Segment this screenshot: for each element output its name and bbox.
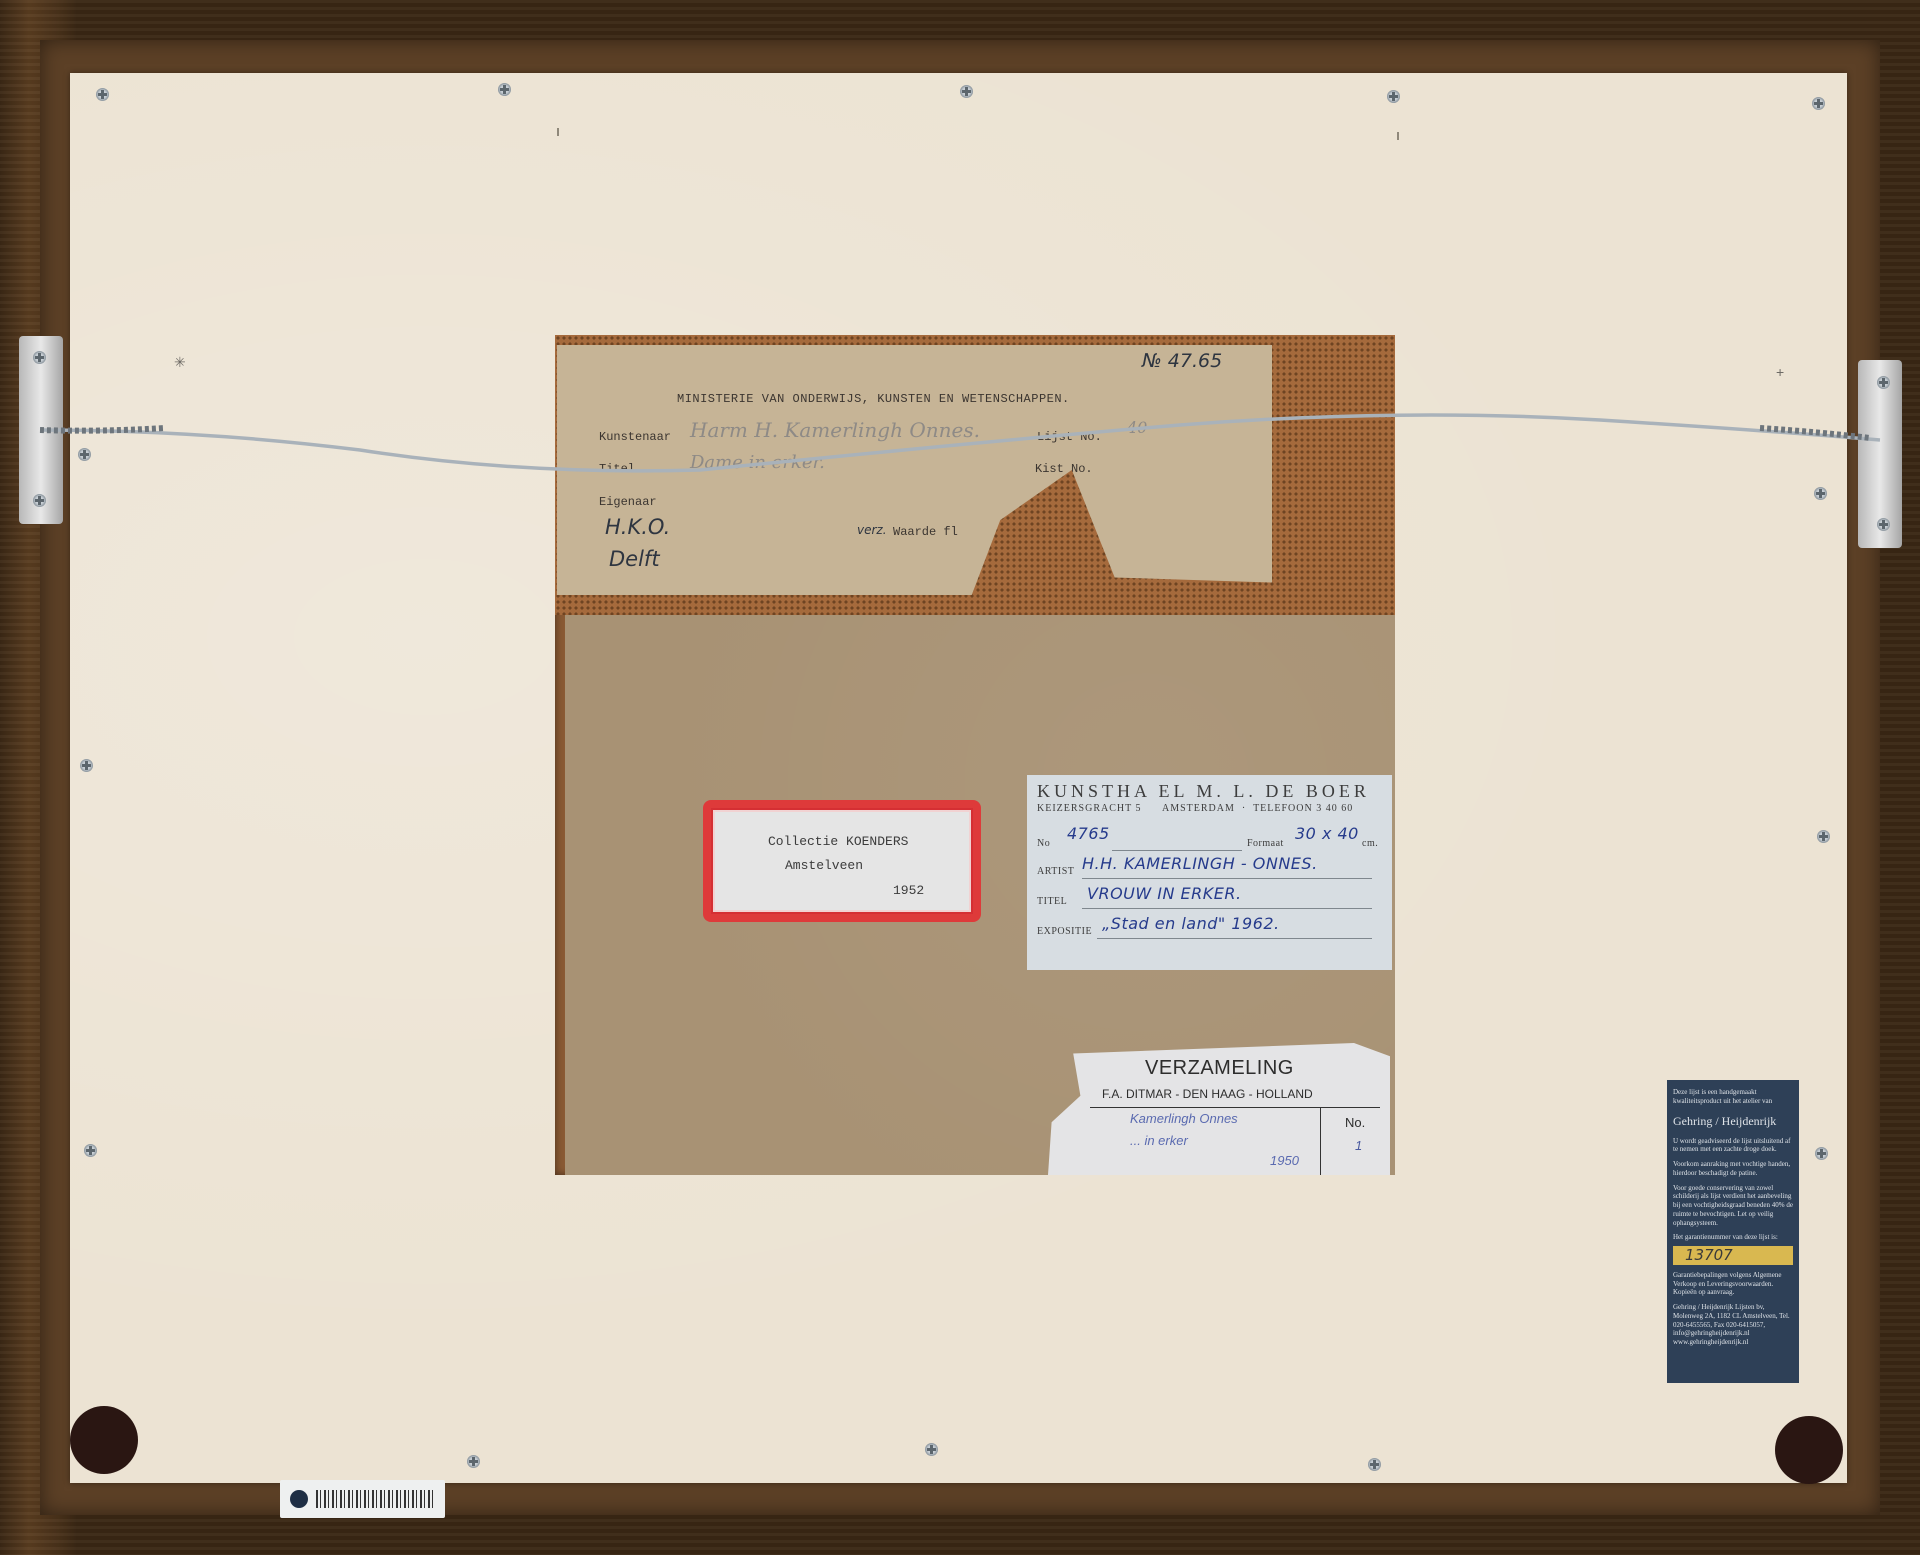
screw-icon <box>1814 487 1827 500</box>
screw-icon <box>467 1455 480 1468</box>
screw-icon <box>78 448 91 461</box>
slit <box>557 128 559 136</box>
pencil-mark: ✳ <box>174 354 186 371</box>
screw-icon <box>960 85 973 98</box>
screw-icon <box>84 1144 97 1157</box>
screw-icon <box>1368 1458 1381 1471</box>
slit <box>1397 132 1399 140</box>
screw-icon <box>1877 376 1890 389</box>
screw-icon <box>1387 90 1400 103</box>
screw-icon <box>1812 97 1825 110</box>
screw-icon <box>33 494 46 507</box>
screw-icon <box>925 1443 938 1456</box>
screw-icon <box>33 351 46 364</box>
screw-icon <box>1877 518 1890 531</box>
screw-icon <box>498 83 511 96</box>
screw-icon <box>96 88 109 101</box>
screw-icon <box>1817 830 1830 843</box>
screw-icon <box>1815 1147 1828 1160</box>
pencil-mark: + <box>1776 364 1784 380</box>
felt-bumper-left <box>70 1406 138 1474</box>
hanging-wire <box>0 0 1920 1555</box>
screw-icon <box>80 759 93 772</box>
felt-bumper-right <box>1775 1416 1843 1484</box>
